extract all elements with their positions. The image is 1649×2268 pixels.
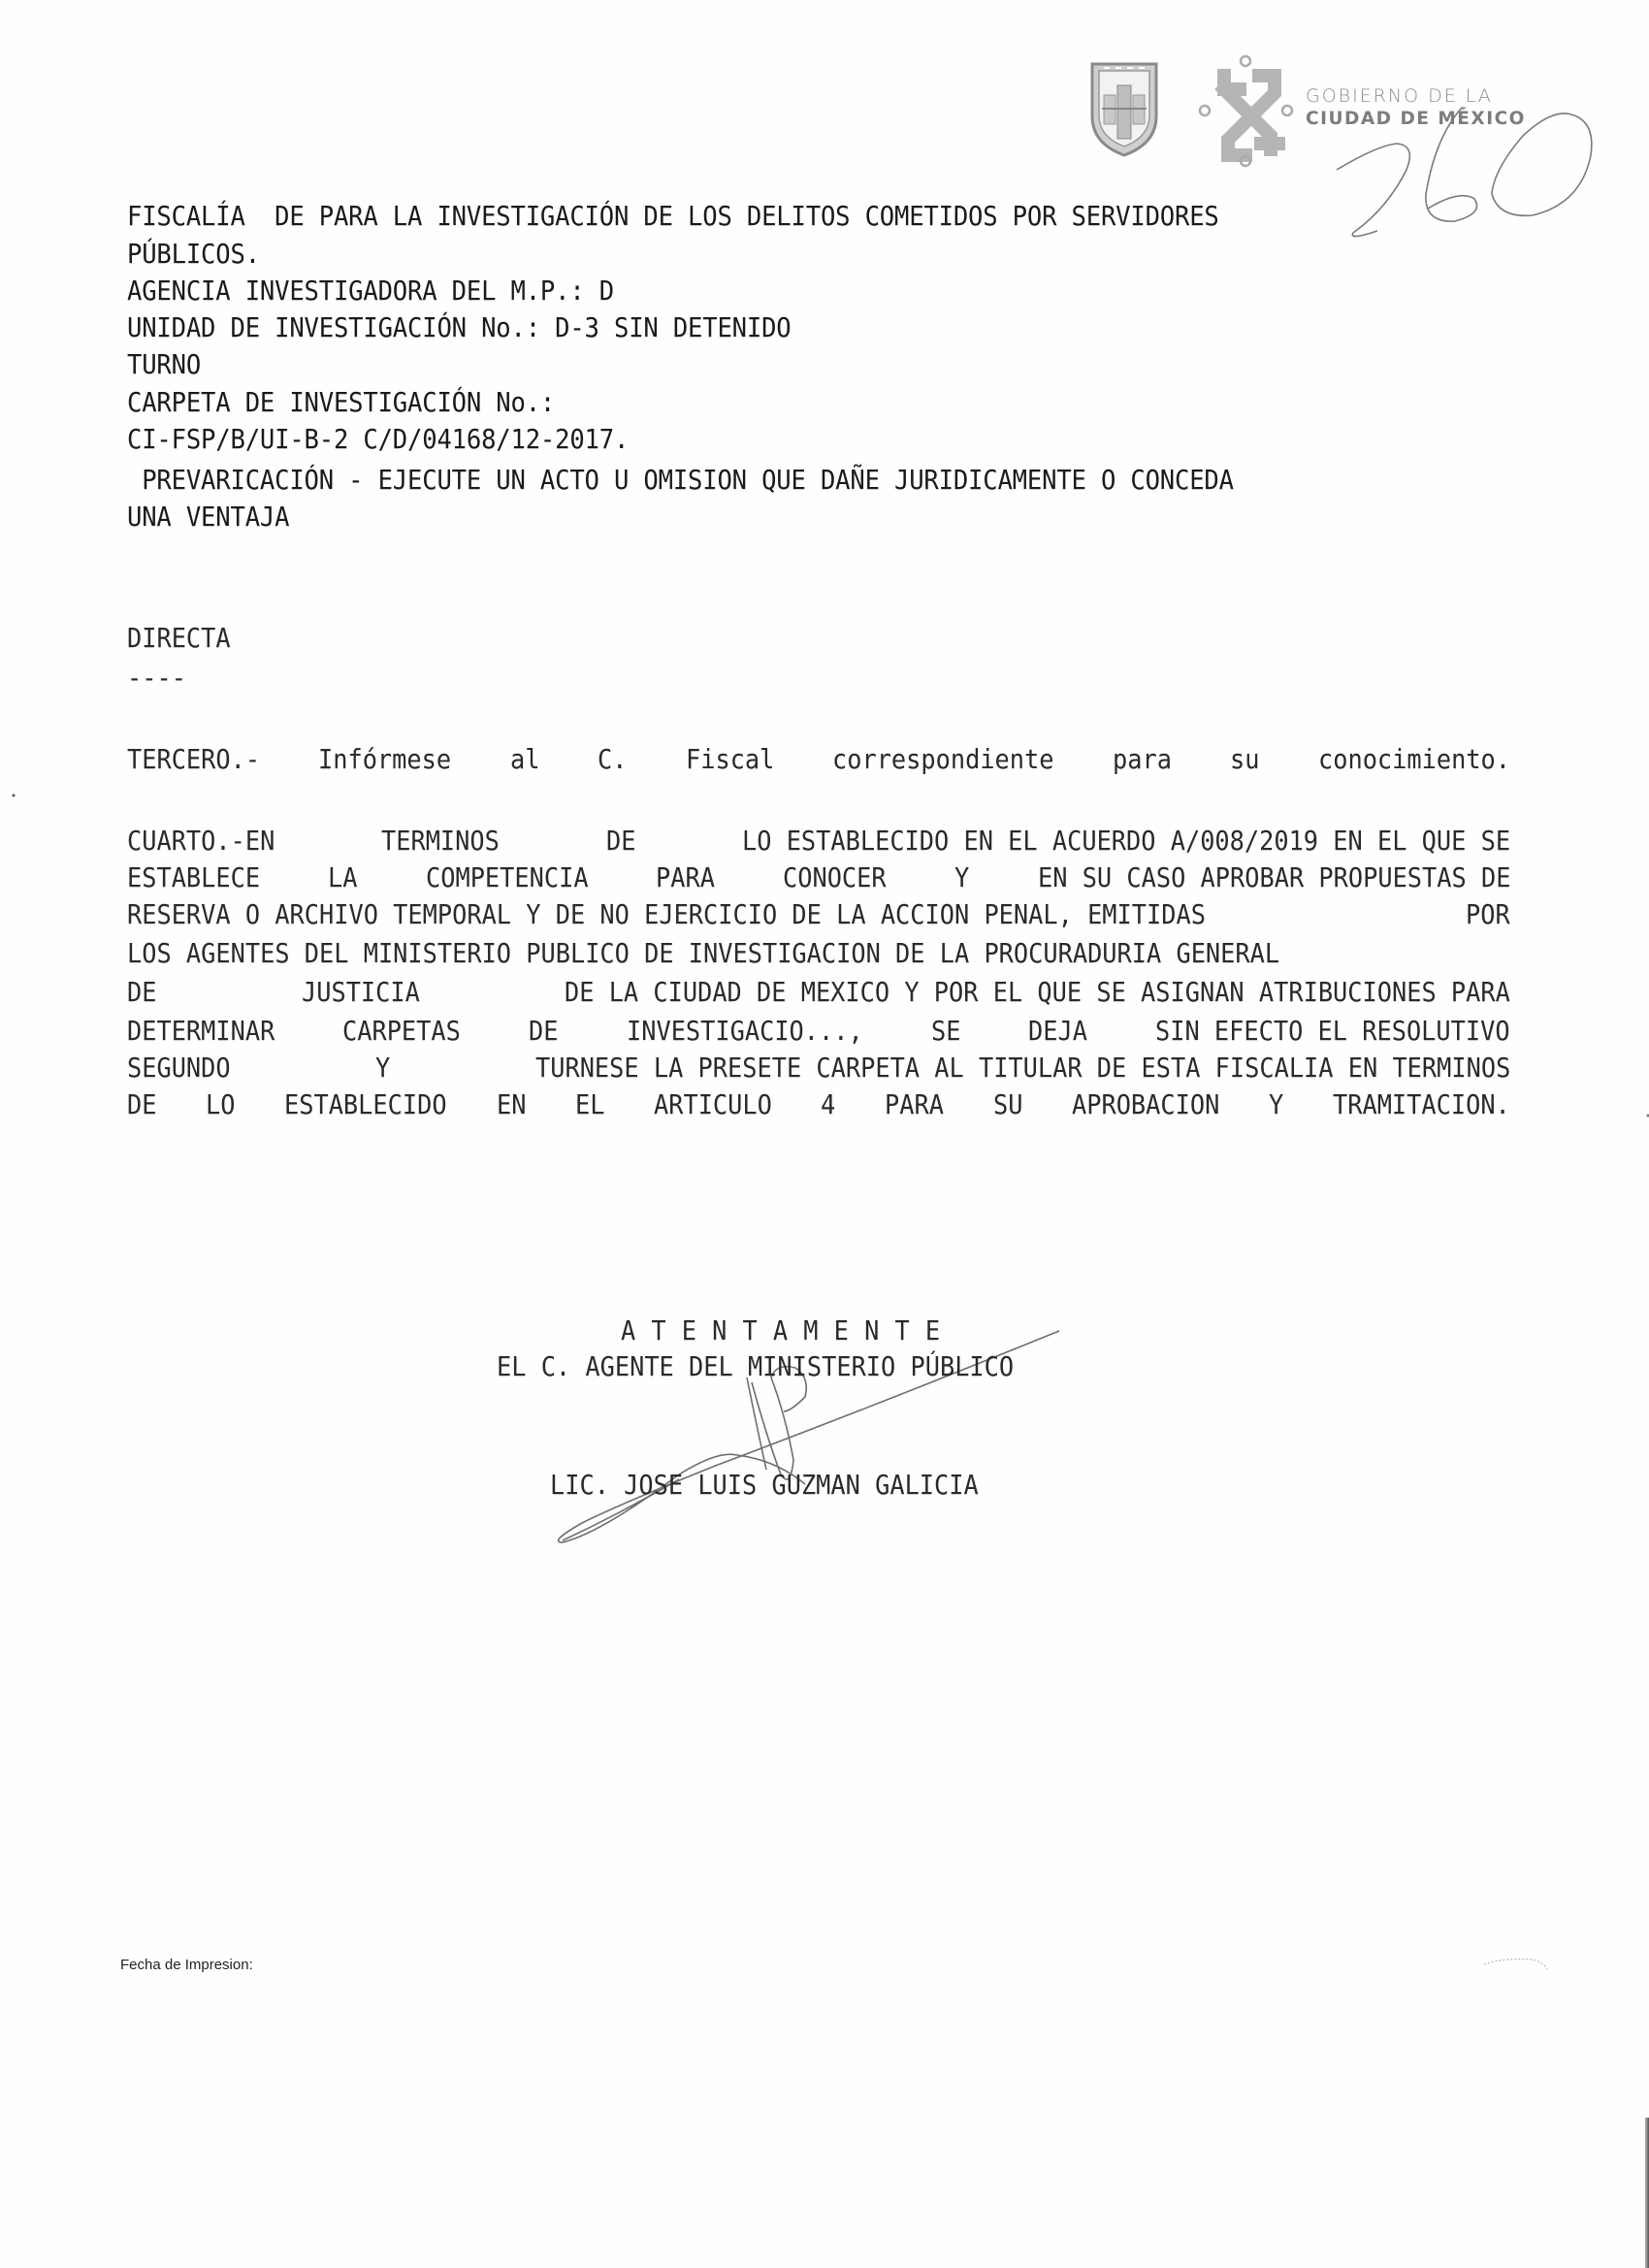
cuarto-segment: DEJA [1028, 1013, 1083, 1050]
tercero-segment: correspondiente [832, 741, 1036, 778]
header-line-carpeta-number: CI-FSP/B/UI-B-2 C/D/04168/12-2017. [127, 421, 629, 458]
cuarto-line: DETERMINARCARPETASDEINVESTIGACIO...,SEDE… [127, 1013, 1510, 1050]
tercero-segment: C. [598, 741, 625, 778]
cuarto-segment: TERMINOS [381, 823, 490, 859]
cuarto-segment: ESTABLECE [127, 859, 249, 896]
cuarto-line: SEGUNDOYTURNESE LA PRESETE CARPETA AL TI… [127, 1050, 1510, 1086]
cuarto-segment: LO ESTABLECIDO EN EL ACUERDO A/008/2019 … [742, 823, 1449, 859]
cuarto-segment: ARTICULO [654, 1086, 762, 1123]
scan-speck [13, 794, 16, 797]
separator-dashes: ---- [127, 660, 186, 697]
cuarto-line: RESERVA O ARCHIVO TEMPORAL Y DE NO EJERC… [127, 896, 1510, 933]
tercero-segment: conocimiento. [1318, 741, 1495, 778]
cuarto-segment: PARA [885, 1086, 939, 1123]
scan-artifact [1484, 1960, 1547, 1969]
cuarto-line: DEJUSTICIADE LA CIUDAD DE MEXICO Y POR E… [127, 974, 1510, 1011]
government-name-line2: CIUDAD DE MÉXICO [1306, 109, 1526, 129]
signer-role: EL C. AGENTE DEL MINISTERIO PÚBLICO [497, 1348, 1014, 1385]
header-line-publicos: PÚBLICOS. [127, 236, 260, 273]
cuarto-segment: COMPETENCIA [426, 859, 575, 896]
header-line-unidad: UNIDAD DE INVESTIGACIÓN No.: D-3 SIN DET… [127, 309, 792, 346]
paragraph-tercero: TERCERO.-InfórmesealC.Fiscalcorrespondie… [127, 741, 1510, 778]
cuarto-segment: DE [606, 823, 633, 859]
document-page: GOBIERNO DE LA CIUDAD DE MÉXICO FISCALÍA… [0, 0, 1649, 2268]
tercero-segment: al [510, 741, 537, 778]
cuarto-line: DELOESTABLECIDOENELARTICULO4PARASUAPROBA… [127, 1086, 1510, 1123]
cuarto-segment: Y [375, 1050, 389, 1086]
header-line-carpeta-label: CARPETA DE INVESTIGACIÓN No.: [127, 384, 555, 421]
closing-atentamente: A T E N T A M E N T E [621, 1312, 941, 1349]
directa-label: DIRECTA [127, 620, 231, 657]
cuarto-segment: PARA [656, 859, 710, 896]
cdmx-coat-of-arms-icon [1092, 64, 1156, 155]
government-name-line1: GOBIERNO DE LA [1306, 85, 1493, 107]
cuarto-segment: POR [1466, 896, 1506, 933]
cuarto-segment: SIN EFECTO EL RESOLUTIVO [1155, 1013, 1481, 1050]
cuarto-segment: EN [497, 1086, 524, 1123]
cuarto-segment: Y [1269, 1086, 1282, 1123]
cuarto-segment: TRAMITACION. [1333, 1086, 1496, 1123]
cuarto-segment: Y [954, 859, 968, 896]
cuarto-segment: EL [575, 1086, 602, 1123]
cuarto-segment: ESTABLECIDO [284, 1086, 434, 1123]
cuarto-segment: INVESTIGACIO..., [627, 1013, 844, 1050]
header-line-agencia: AGENCIA INVESTIGADORA DEL M.P.: D [127, 273, 614, 309]
cuarto-segment: RESERVA O ARCHIVO TEMPORAL Y DE NO EJERC… [127, 896, 1119, 933]
cuarto-segment: JUSTICIA [302, 974, 410, 1011]
tercero-segment: TERCERO.- [127, 741, 249, 778]
cdmx-knot-logo-icon [1200, 56, 1292, 166]
cuarto-segment: LOS AGENTES DEL MINISTERIO PUBLICO DE IN… [127, 935, 1187, 972]
cuarto-segment: EN SU CASO APROBAR PROPUESTAS DE [1038, 859, 1472, 896]
cuarto-segment: SU [993, 1086, 1020, 1123]
cuarto-segment: CUARTO.-EN [127, 823, 263, 859]
tercero-segment: para [1113, 741, 1167, 778]
header-line-delito-cont: UNA VENTAJA [127, 499, 289, 535]
cuarto-segment: DE LA CIUDAD DE MEXICO Y POR EL QUE SE A… [565, 974, 1435, 1011]
cuarto-segment: DE [127, 974, 154, 1011]
cuarto-segment: DETERMINAR [127, 1013, 263, 1050]
cuarto-segment: DE [529, 1013, 556, 1050]
cuarto-line: CUARTO.-ENTERMINOSDELO ESTABLECIDO EN EL… [127, 823, 1510, 859]
tercero-segment: su [1230, 741, 1257, 778]
cuarto-segment: DE [127, 1086, 154, 1123]
cuarto-line: LOS AGENTES DEL MINISTERIO PUBLICO DE IN… [127, 935, 1510, 972]
tercero-segment: Infórmese [318, 741, 440, 778]
cuarto-segment: CONOCER [783, 859, 878, 896]
cuarto-line: ESTABLECELACOMPETENCIAPARACONOCERYEN SU … [127, 859, 1510, 896]
print-date-label: Fecha de Impresion: [120, 1957, 253, 1973]
signer-name: LIC. JOSE LUIS GUZMAN GALICIA [550, 1467, 979, 1504]
header-line-delito: PREVARICACIÓN - EJECUTE UN ACTO U OMISIO… [127, 462, 1234, 499]
scan-edge-shadow [1645, 2118, 1649, 2268]
cuarto-segment: LA [328, 859, 355, 896]
header-line-fiscalia: FISCALÍA DE PARA LA INVESTIGACIÓN DE LOS… [127, 198, 1219, 235]
cuarto-segment: CARPETAS [342, 1013, 451, 1050]
cuarto-segment: SEGUNDO [127, 1050, 222, 1086]
cuarto-segment: APROBACION [1072, 1086, 1208, 1123]
header-line-turno: TURNO [127, 346, 201, 383]
tercero-segment: Fiscal [686, 741, 767, 778]
cuarto-segment: SE [931, 1013, 958, 1050]
cuarto-segment: TURNESE LA PRESETE CARPETA AL TITULAR DE… [535, 1050, 1433, 1086]
cuarto-segment: 4 [821, 1086, 834, 1123]
cuarto-segment: LO [206, 1086, 233, 1123]
